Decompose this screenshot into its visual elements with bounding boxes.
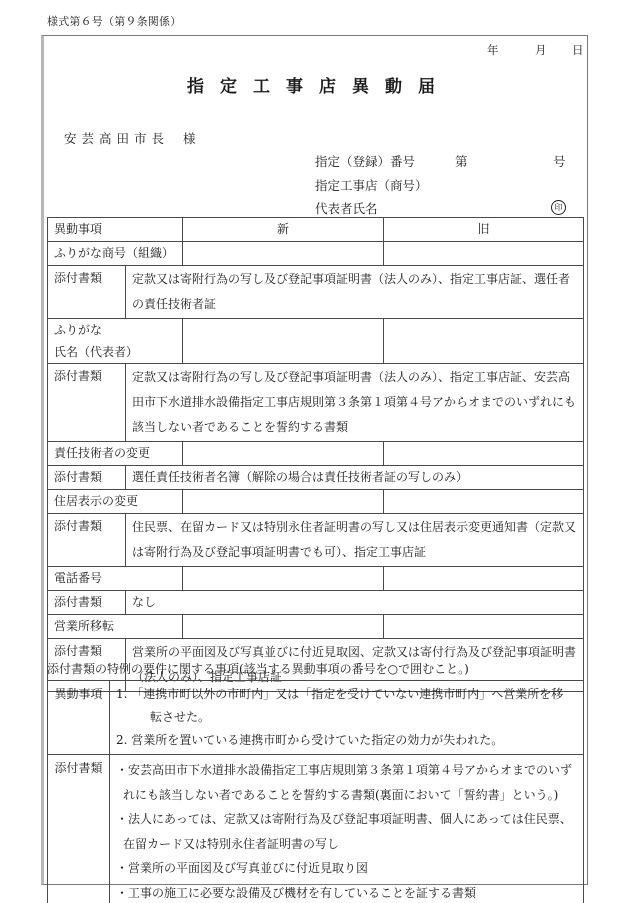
row-item-label: ふりがな商号（組織） xyxy=(48,242,183,266)
attachment-label: 添付書類 xyxy=(48,466,126,490)
registration-number-row: 指定（登録）番号 第 号 xyxy=(315,152,575,170)
table-row: 住居表示の変更 xyxy=(48,490,584,514)
row-old-input[interactable] xyxy=(384,490,584,514)
special-change-num: 2. xyxy=(116,733,127,747)
row-item-label: 営業所移転 xyxy=(48,615,183,639)
special-change-list: 1. 「連携市町以外の市町内」又は「指定を受けていない連携市町内」へ営業所を移 … xyxy=(110,681,584,755)
date-year-label: 年 xyxy=(487,42,499,58)
row-new-input[interactable] xyxy=(183,615,384,639)
special-change-row: 異動事項 1. 「連携市町以外の市町内」又は「指定を受けていない連携市町内」へ営… xyxy=(48,681,584,755)
attachment-row: 添付書類 定款又は寄附行為の写し及び登記事項証明書（法人のみ）、指定工事店証、選… xyxy=(48,266,584,319)
registration-prefix: 第 xyxy=(455,152,468,170)
row-item-label: ふりがな 氏名（代表者） xyxy=(48,319,183,364)
registration-number-label: 指定（登録）番号 xyxy=(315,154,415,169)
row-new-input[interactable] xyxy=(183,442,384,466)
shop-name-row: 指定工事店（商号） xyxy=(315,176,575,194)
special-attachment-item: ・安芸高田市下水道排水設備指定工事店規則第３条第１項第４号アからオまでのいず xyxy=(116,758,577,783)
attachment-label: 添付書類 xyxy=(48,591,126,615)
page-title: 指定工事店異動届 xyxy=(0,72,630,97)
attachment-label: 添付書類 xyxy=(48,266,126,319)
representative-label: 代表者氏名 xyxy=(315,201,378,216)
header-item: 異動事項 xyxy=(48,218,183,242)
shop-name-label: 指定工事店（商号） xyxy=(315,178,428,193)
row-new-input[interactable] xyxy=(183,490,384,514)
attachment-label: 添付書類 xyxy=(48,514,126,567)
change-table: 異動事項 新 旧 ふりがな商号（組織） 添付書類 定款又は寄附行為の写し及び登記… xyxy=(47,217,584,692)
attachment-row: 添付書類 定款又は寄附行為の写し及び登記事項証明書（法人のみ）、指定工事店証、安… xyxy=(48,364,584,442)
representative-input[interactable] xyxy=(395,199,545,215)
row-old-input[interactable] xyxy=(384,242,584,266)
row-item-label-line1: ふりがな xyxy=(54,319,176,341)
table-row: ふりがな商号（組織） xyxy=(48,242,584,266)
row-new-input[interactable] xyxy=(183,319,384,364)
special-case-table: 異動事項 1. 「連携市町以外の市町内」又は「指定を受けていない連携市町内」へ営… xyxy=(47,680,584,903)
attachment-label: 添付書類 xyxy=(48,364,126,442)
table-row: 責任技術者の変更 xyxy=(48,442,584,466)
seal-icon: 印 xyxy=(551,200,566,215)
special-attachment-row: 添付書類 ・安芸高田市下水道排水設備指定工事店規則第３条第１項第４号アからオまで… xyxy=(48,755,584,903)
form-number: 様式第６号（第９条関係） xyxy=(47,13,181,29)
addressee-name: 安芸高田市長 xyxy=(64,131,169,146)
attachment-text: なし xyxy=(126,591,584,615)
row-old-input[interactable] xyxy=(384,319,584,364)
table-row: 営業所移転 xyxy=(48,615,584,639)
special-attachment-label: 添付書類 xyxy=(48,755,110,903)
row-item-label: 責任技術者の変更 xyxy=(48,442,183,466)
special-change-num: 1. xyxy=(116,687,127,701)
row-item-label: 住居表示の変更 xyxy=(48,490,183,514)
row-item-label-line2: 氏名（代表者） xyxy=(54,341,176,363)
attachment-row: 添付書類 住民票、在留カード又は特別永住者証明書の写し又は住居表示変更通知書（定… xyxy=(48,514,584,567)
addressee-suffix: 様 xyxy=(183,131,201,146)
registration-number-input[interactable] xyxy=(475,152,550,168)
date-day-label: 日 xyxy=(572,42,584,58)
row-old-input[interactable] xyxy=(384,442,584,466)
attachment-text: 住民票、在留カード又は特別永住者証明書の写し又は住居表示変更通知書（定款又は寄附… xyxy=(126,514,584,567)
special-change-item-1[interactable]: 1. 「連携市町以外の市町内」又は「指定を受けていない連携市町内」へ営業所を移 xyxy=(116,683,577,706)
shop-name-input[interactable] xyxy=(435,176,565,192)
attachment-row: 添付書類 選任責任技術者名簿（解除の場合は責任技術者証の写しのみ） xyxy=(48,466,584,490)
header-new: 新 xyxy=(183,218,384,242)
table-row: ふりがな 氏名（代表者） xyxy=(48,319,584,364)
attachment-text: 定款又は寄附行為の写し及び登記事項証明書（法人のみ）、指定工事店証、選任者の責任… xyxy=(126,266,584,319)
addressee: 安芸高田市長様 xyxy=(64,129,201,147)
attachment-row: 添付書類 なし xyxy=(48,591,584,615)
special-change-text: 「連携市町以外の市町内」又は「指定を受けていない連携市町内」へ営業所を移 xyxy=(131,687,563,701)
row-new-input[interactable] xyxy=(183,242,384,266)
special-attachment-item-cont: 在留カード又は特別永住者証明書の写し xyxy=(116,832,577,857)
table-row: 電話番号 xyxy=(48,567,584,591)
special-change-item-2[interactable]: 2. 営業所を置いている連携市町から受けていた指定の効力が失われた。 xyxy=(116,729,577,752)
table-header-row: 異動事項 新 旧 xyxy=(48,218,584,242)
attachment-text: 選任責任技術者名簿（解除の場合は責任技術者証の写しのみ） xyxy=(126,466,584,490)
row-old-input[interactable] xyxy=(384,567,584,591)
row-new-input[interactable] xyxy=(183,567,384,591)
representative-row: 代表者氏名 印 xyxy=(315,199,575,217)
registration-suffix: 号 xyxy=(553,152,566,170)
date-month-label: 月 xyxy=(535,42,547,58)
special-attachment-item: ・法人にあっては、定款又は寄附行為及び登記事項証明書、個人にあっては住民票、 xyxy=(116,807,577,832)
special-case-note: 添付書類の特例の要件に関する事項(該当する異動事項の番号を○で囲むこと。) xyxy=(47,660,469,678)
header-old: 旧 xyxy=(384,218,584,242)
special-change-text-cont: 転させた。 xyxy=(116,706,577,729)
row-item-label: 電話番号 xyxy=(48,567,183,591)
special-attachment-item-cont: れにも該当しない者であることを誓約する書類(裏面において「誓約書」という。) xyxy=(116,783,577,808)
special-attachment-item: ・営業所の平面図及び写真並びに付近見取り図 xyxy=(116,856,577,881)
attachment-text: 定款又は寄附行為の写し及び登記事項証明書（法人のみ）、指定工事店証、安芸高田市下… xyxy=(126,364,584,442)
special-attachment-list: ・安芸高田市下水道排水設備指定工事店規則第３条第１項第４号アからオまでのいず れ… xyxy=(110,755,584,903)
row-old-input[interactable] xyxy=(384,615,584,639)
special-change-text: 営業所を置いている連携市町から受けていた指定の効力が失われた。 xyxy=(131,733,503,747)
special-attachment-item: ・工事の施工に必要な設備及び機材を有していることを証する書類 xyxy=(116,881,577,903)
special-change-label: 異動事項 xyxy=(48,681,110,755)
